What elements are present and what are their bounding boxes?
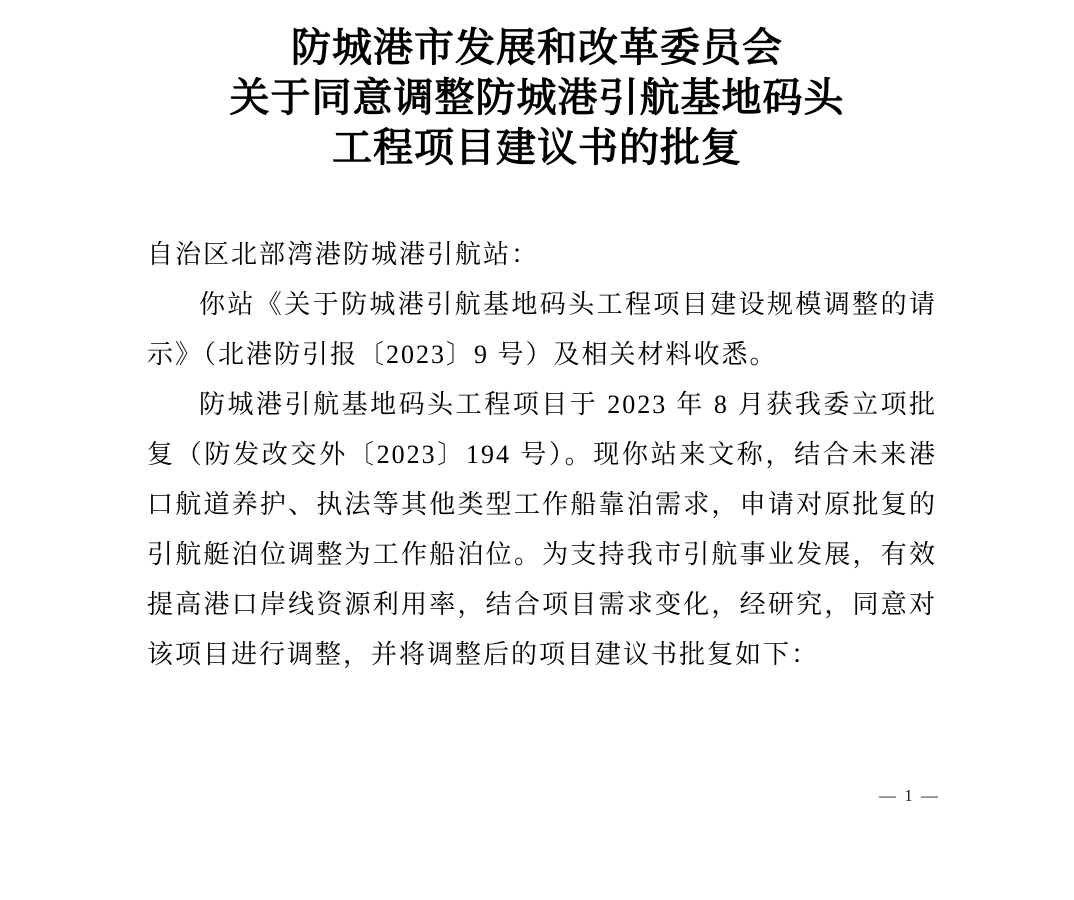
body-paragraph-1: 你站《关于防城港引航基地码头工程项目建设规模调整的请示》（北港防引报〔2023〕…: [147, 280, 937, 380]
document-title-line-2: 关于同意调整防城港引航基地码头: [0, 73, 1074, 123]
document-title-line-1: 防城港市发展和改革委员会: [0, 23, 1074, 73]
document-title: 防城港市发展和改革委员会 关于同意调整防城港引航基地码头 工程项目建议书的批复: [0, 23, 1074, 173]
page-number: — 1 —: [879, 786, 940, 806]
document-body: 自治区北部湾港防城港引航站： 你站《关于防城港引航基地码头工程项目建设规模调整的…: [147, 230, 937, 680]
salutation-line: 自治区北部湾港防城港引航站：: [147, 230, 937, 280]
document-title-line-3: 工程项目建议书的批复: [0, 123, 1074, 173]
body-paragraph-2: 防城港引航基地码头工程项目于 2023 年 8 月获我委立项批复（防发改交外〔2…: [147, 380, 937, 680]
document-page: 防城港市发展和改革委员会 关于同意调整防城港引航基地码头 工程项目建议书的批复 …: [0, 0, 1074, 900]
